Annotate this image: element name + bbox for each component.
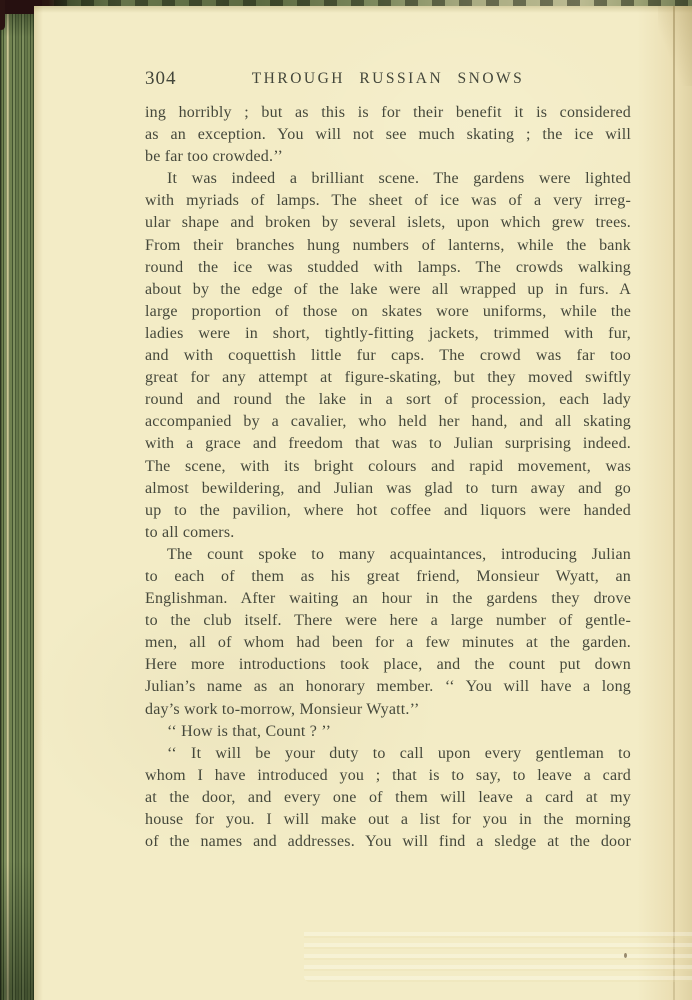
text-line: men, all of whom had been for a few minu…: [145, 632, 631, 654]
page-header: 304 THROUGH RUSSIAN SNOWS: [145, 64, 631, 90]
text-line: accompanied by a cavalier, who held her …: [145, 411, 631, 433]
text-line: It was indeed a brilliant scene. The gar…: [145, 168, 631, 190]
text-line: with myriads of lamps. The sheet of ice …: [145, 190, 631, 212]
page-corner-shade: [658, 6, 692, 86]
text-line: almost bewildering, and Julian was glad …: [145, 478, 631, 500]
text-line: great for any attempt at figure-skating,…: [145, 367, 631, 389]
text-line: and with coquettish little fur caps. The…: [145, 345, 631, 367]
text-line: round and round the lake in a sort of pr…: [145, 389, 631, 411]
text-line: ‘‘ It will be your duty to call upon eve…: [145, 743, 631, 765]
text-line: of the names and addresses. You will fin…: [145, 831, 631, 853]
text-line: about by the edge of the lake were all w…: [145, 279, 631, 301]
book-cover-edge: [0, 0, 5, 30]
book-page-edges: [0, 7, 37, 1000]
text-line: round the ice was studded with lamps. Th…: [145, 257, 631, 279]
text-line: ladies were in short, tightly-fitting ja…: [145, 323, 631, 345]
text-line: to each of them as his great friend, Mon…: [145, 566, 631, 588]
text-line: Englishman. After waiting an hour in the…: [145, 588, 631, 610]
text-line: large proportion of those on skates wore…: [145, 301, 631, 323]
text-line: at the door, and every one of them will …: [145, 787, 631, 809]
text-line: house for you. I will make out a list fo…: [145, 809, 631, 831]
text-line: with a grace and freedom that was to Jul…: [145, 433, 631, 455]
text-line: be far too crowded.’’: [145, 146, 631, 168]
text-line: day’s work to-morrow, Monsieur Wyatt.’’: [145, 699, 631, 721]
book-page: 304 THROUGH RUSSIAN SNOWS ing horribly ;…: [34, 6, 692, 1000]
text-line: The scene, with its bright colours and r…: [145, 456, 631, 478]
text-line: From their branches hung numbers of lant…: [145, 235, 631, 257]
text-line: Julian’s name as an honorary member. ‘‘ …: [145, 676, 631, 698]
text-line: whom I have introduced you ; that is to …: [145, 765, 631, 787]
page-texture-streaks: [304, 927, 692, 982]
text-line: The count spoke to many acquaintances, i…: [145, 544, 631, 566]
text-line: Here more introductions took place, and …: [145, 654, 631, 676]
text-line: to all comers.: [145, 522, 631, 544]
page-speck: [624, 953, 627, 958]
page-body: ing horribly ; but as this is for their …: [145, 102, 631, 853]
text-line: to the club itself. There were here a la…: [145, 610, 631, 632]
text-line: up to the pavilion, where hot coffee and…: [145, 500, 631, 522]
running-title: THROUGH RUSSIAN SNOWS: [145, 70, 631, 88]
scanned-book-page: 304 THROUGH RUSSIAN SNOWS ing horribly ;…: [0, 0, 692, 1000]
page-fold-line: [673, 6, 675, 1000]
text-line: ing horribly ; but as this is for their …: [145, 102, 631, 124]
text-line: ular shape and broken by several islets,…: [145, 212, 631, 234]
text-line: as an exception. You will not see much s…: [145, 124, 631, 146]
text-line: ‘‘ How is that, Count ? ’’: [145, 721, 631, 743]
